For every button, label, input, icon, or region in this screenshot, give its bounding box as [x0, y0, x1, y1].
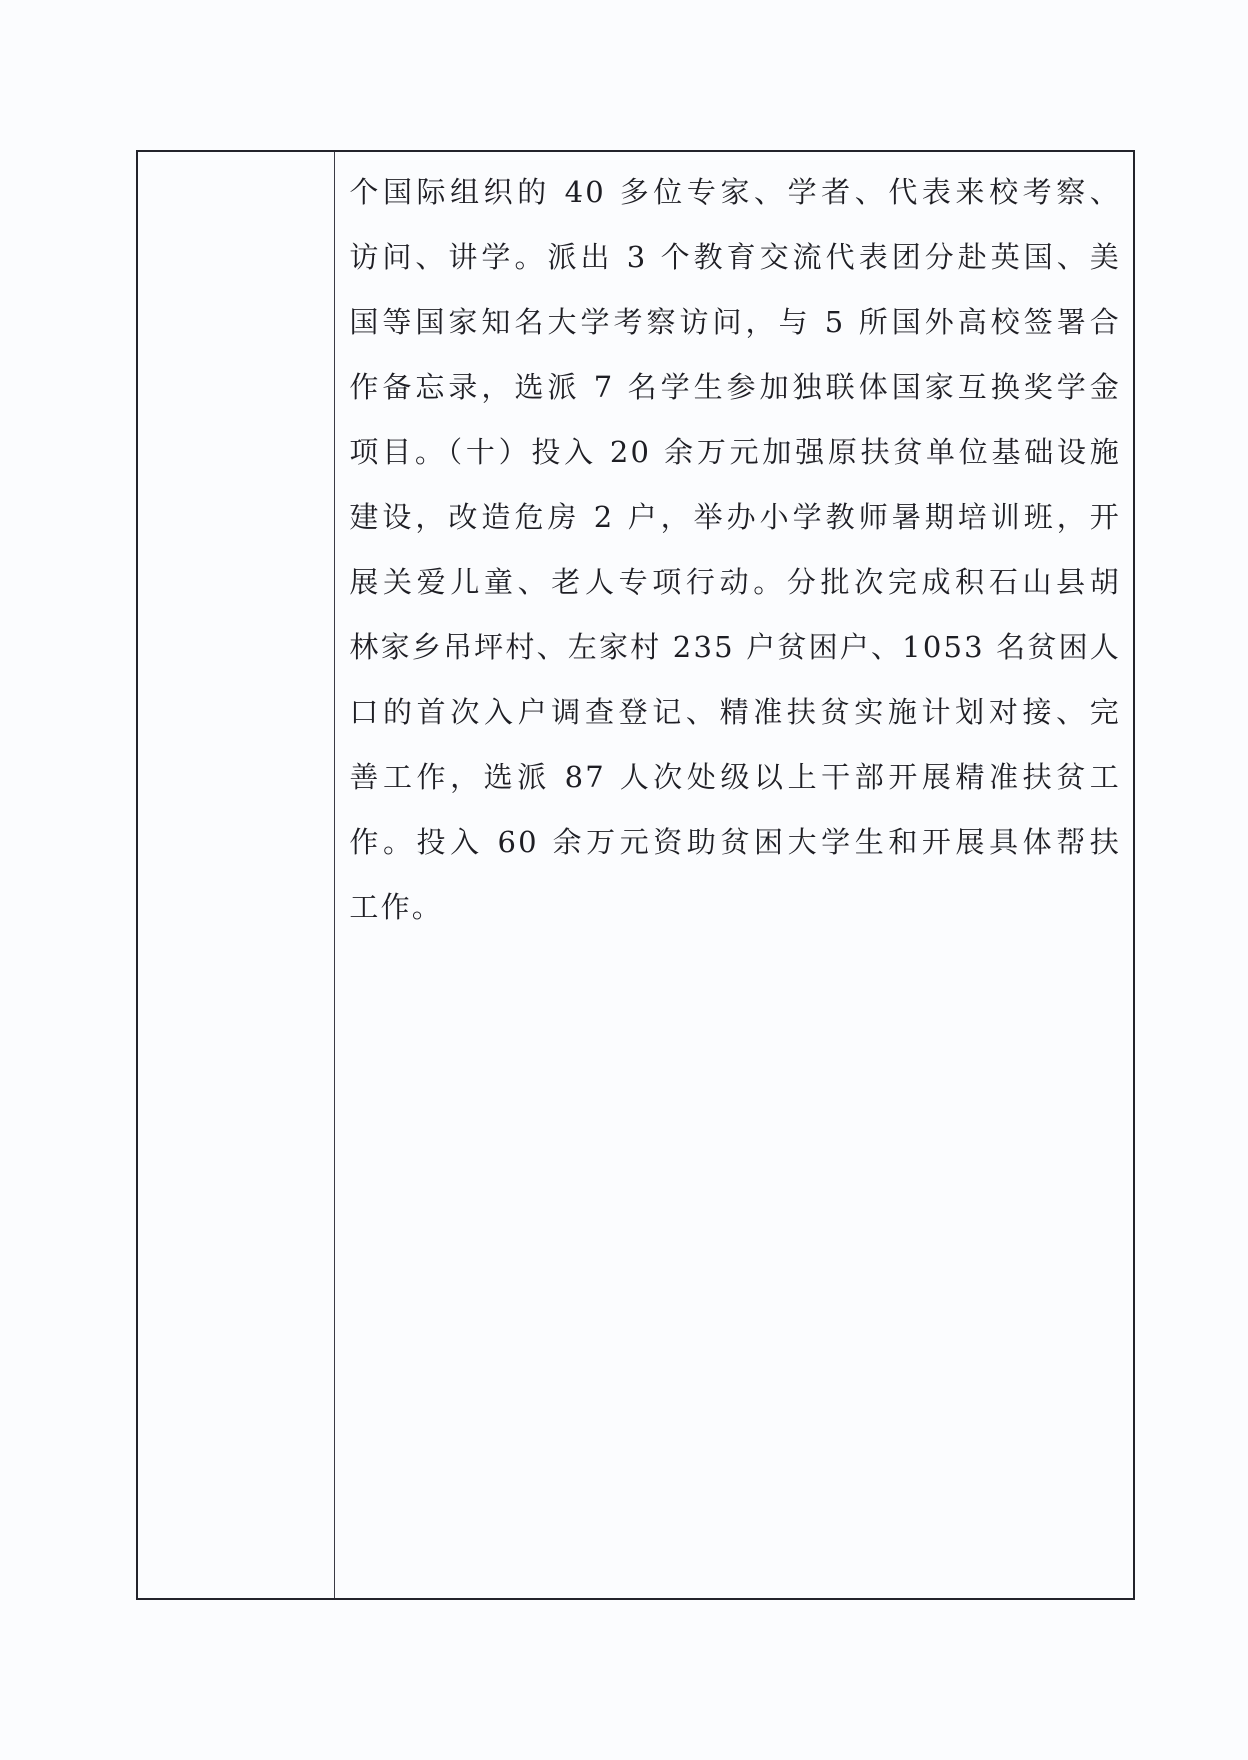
text-line: 个国际组织的 40 多位专家、学者、代表来校考察、 [349, 160, 1121, 225]
text-line: 作。投入 60 余万元资助贫困大学生和开展具体帮扶 [349, 810, 1121, 875]
text-line: 林家乡吊坪村、左家村 235 户贫困户、1053 名贫困人 [349, 615, 1121, 680]
text-line: 访问、讲学。派出 3 个教育交流代表团分赴英国、美 [349, 225, 1121, 290]
text-line: 善工作，选派 87 人次处级以上干部开展精准扶贫工 [349, 745, 1121, 810]
form-table: 个国际组织的 40 多位专家、学者、代表来校考察、 访问、讲学。派出 3 个教育… [136, 150, 1135, 1600]
text-line: 项目。（十）投入 20 余万元加强原扶贫单位基础设施 [349, 420, 1121, 485]
content-cell: 个国际组织的 40 多位专家、学者、代表来校考察、 访问、讲学。派出 3 个教育… [335, 152, 1133, 1598]
content-paragraph: 个国际组织的 40 多位专家、学者、代表来校考察、 访问、讲学。派出 3 个教育… [349, 160, 1121, 940]
text-line: 口的首次入户调查登记、精准扶贫实施计划对接、完 [349, 680, 1121, 745]
text-line: 作备忘录，选派 7 名学生参加独联体国家互换奖学金 [349, 355, 1121, 420]
text-line: 工作。 [349, 875, 1121, 940]
label-cell [138, 152, 335, 1598]
text-line: 国等国家知名大学考察访问，与 5 所国外高校签署合 [349, 290, 1121, 355]
text-line: 建设，改造危房 2 户，举办小学教师暑期培训班，开 [349, 485, 1121, 550]
text-line: 展关爱儿童、老人专项行动。分批次完成积石山县胡 [349, 550, 1121, 615]
